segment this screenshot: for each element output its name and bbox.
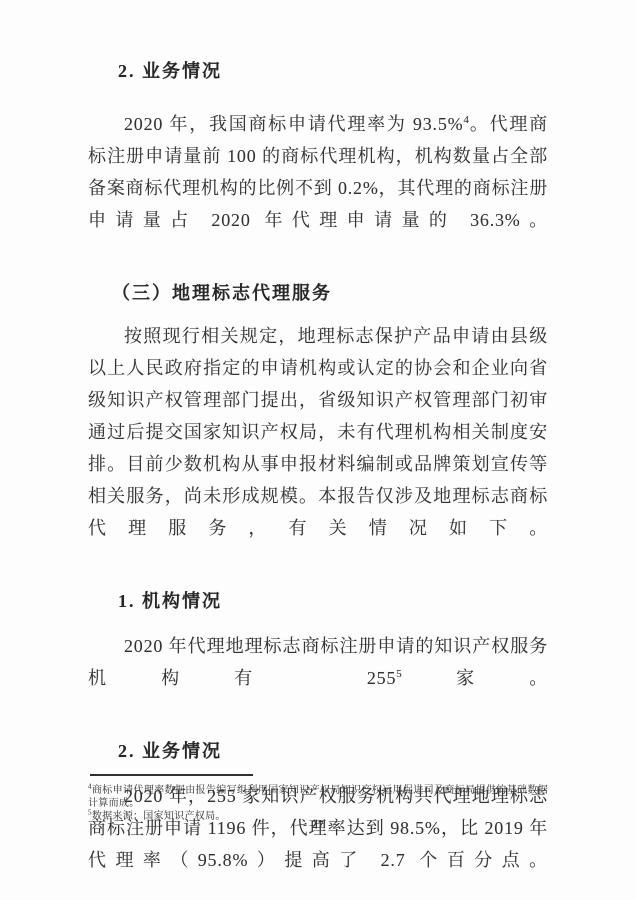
footnote-4: 4商标申请代理率数据由报告编写组利用国家知识产权局知识产权运用促进司及商标局提供… xyxy=(88,784,548,810)
document-page: 2. 业务情况 2020 年，我国商标申请代理率为 93.5%4。代理商标注册申… xyxy=(0,0,636,900)
page-number: - 27 - xyxy=(0,819,636,831)
paragraph-trademark-agency-stats: 2020 年，我国商标申请代理率为 93.5%4。代理商标注册申请量前 100 … xyxy=(88,108,548,268)
document-body: 2. 业务情况 2020 年，我国商标申请代理率为 93.5%4。代理商标注册申… xyxy=(0,0,636,900)
footnote-area: 4商标申请代理率数据由报告编写组利用国家知识产权局知识产权运用促进司及商标局提供… xyxy=(88,774,548,823)
paragraph-organization-count: 2020 年代理地理标志商标注册申请的知识产权服务机构有 2555家。 xyxy=(88,630,548,726)
paragraph-text: 2020 年，我国商标申请代理率为 93.5% xyxy=(124,114,463,134)
heading-organization-situation: 1. 机构情况 xyxy=(118,588,548,614)
heading-geographical-indication-section: （三）地理标志代理服务 xyxy=(112,280,548,306)
footnote-4-text: 商标申请代理率数据由报告编写组利用国家知识产权局知识产权运用促进司及商标局提供的… xyxy=(88,785,548,809)
footnote-separator xyxy=(90,774,253,776)
heading-business-situation-1: 2. 业务情况 xyxy=(118,58,548,84)
heading-business-situation-2: 2. 业务情况 xyxy=(118,738,548,764)
paragraph-geo-regulations: 按照现行相关规定，地理标志保护产品申请由县级以上人民政府指定的申请机构或认定的协… xyxy=(88,320,548,576)
paragraph-text: 家。 xyxy=(402,668,548,688)
